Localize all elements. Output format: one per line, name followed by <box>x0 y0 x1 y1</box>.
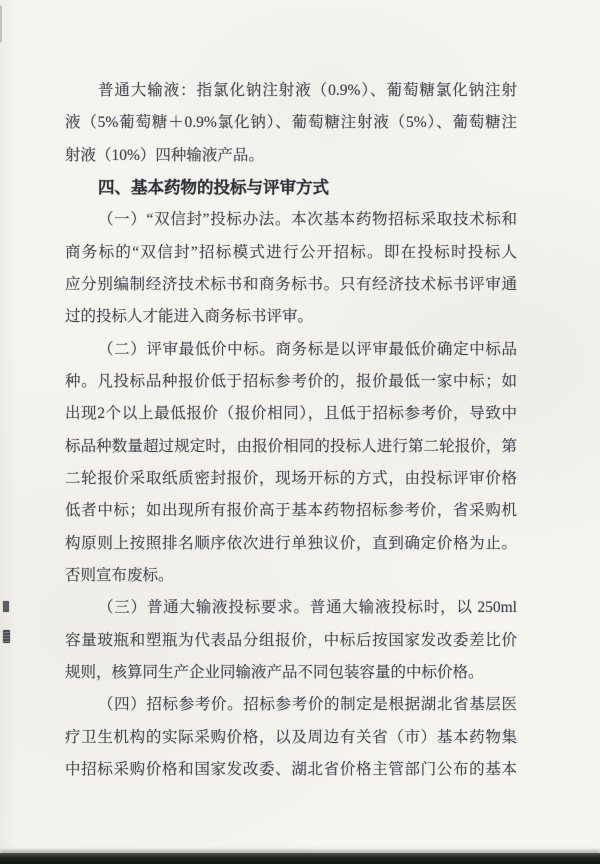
text-line: 容量玻瓶和塑瓶为代表品分组报价，中标后按国家发改委差比价 <box>65 625 517 657</box>
text-line: 种。凡投标品种报价低于招标参考价的，报价最低一家中标；如 <box>65 366 517 398</box>
text-line: （一）“双信封”投标办法。本次基本药物招标采取技术标和 <box>65 204 517 236</box>
binder-mark-icon <box>3 601 9 612</box>
section-heading: 四、基本药物的投标与评审方式 <box>65 172 517 204</box>
scanned-document-page: 普通大输液：指氯化钠注射液（0.9%）、葡萄糖氯化钠注射 液（5%葡萄糖＋0.9… <box>0 0 600 864</box>
text-line: 构原则上按照排名顺序依次进行单独议价，直到确定价格为止。 <box>65 528 517 560</box>
text-line: 普通大输液：指氯化钠注射液（0.9%）、葡萄糖氯化钠注射 <box>65 75 517 107</box>
text-line: 二轮报价采取纸质密封报价，现场开标的方式，由投标评审价格 <box>65 463 517 495</box>
text-line: 规则，核算同生产企业同输液产品不同包装容量的中标价格。 <box>65 657 517 689</box>
text-line: （四）招标参考价。招标参考价的制定是根据湖北省基层医 <box>65 689 517 721</box>
text-line: （二）评审最低价中标。商务标是以评审最低价确定中标品 <box>65 334 517 366</box>
scanner-edge-bar <box>0 853 600 864</box>
text-line: 应分别编制经济技术标书和商务标书。只有经济技术标书评审通 <box>65 269 517 301</box>
text-line: 商务标的“双信封”招标模式进行公开招标。即在投标时投标人 <box>65 237 517 269</box>
text-line: 液（5%葡萄糖＋0.9%氯化钠）、葡萄糖注射液（5%）、葡萄糖注 <box>65 107 517 139</box>
scan-edge-artifact <box>0 6 2 42</box>
text-line: 中招标采购价格和国家发改委、湖北省价格主管部门公布的基本 <box>65 754 517 786</box>
text-line: 标品种数量超过规定时，由报价相同的投标人进行第二轮报价，第 <box>65 431 517 463</box>
text-line: 射液（10%）四种输液产品。 <box>65 140 517 172</box>
text-line: 低者中标；如出现所有报价高于基本药物招标参考价，省采购机 <box>65 495 517 527</box>
text-line: （三）普通大输液投标要求。普通大输液投标时，以 250ml <box>65 592 517 624</box>
text-line: 疗卫生机构的实际采购价格，以及周边有关省（市）基本药物集 <box>65 722 517 754</box>
binder-mark-icon <box>3 630 10 643</box>
text-line: 出现2个以上最低报价（报价相同），且低于招标参考价，导致中 <box>65 398 517 430</box>
document-body: 普通大输液：指氯化钠注射液（0.9%）、葡萄糖氯化钠注射 液（5%葡萄糖＋0.9… <box>65 75 517 786</box>
text-line: 否则宣布废标。 <box>65 560 517 592</box>
text-line: 过的投标人才能进入商务标书评审。 <box>65 301 517 333</box>
